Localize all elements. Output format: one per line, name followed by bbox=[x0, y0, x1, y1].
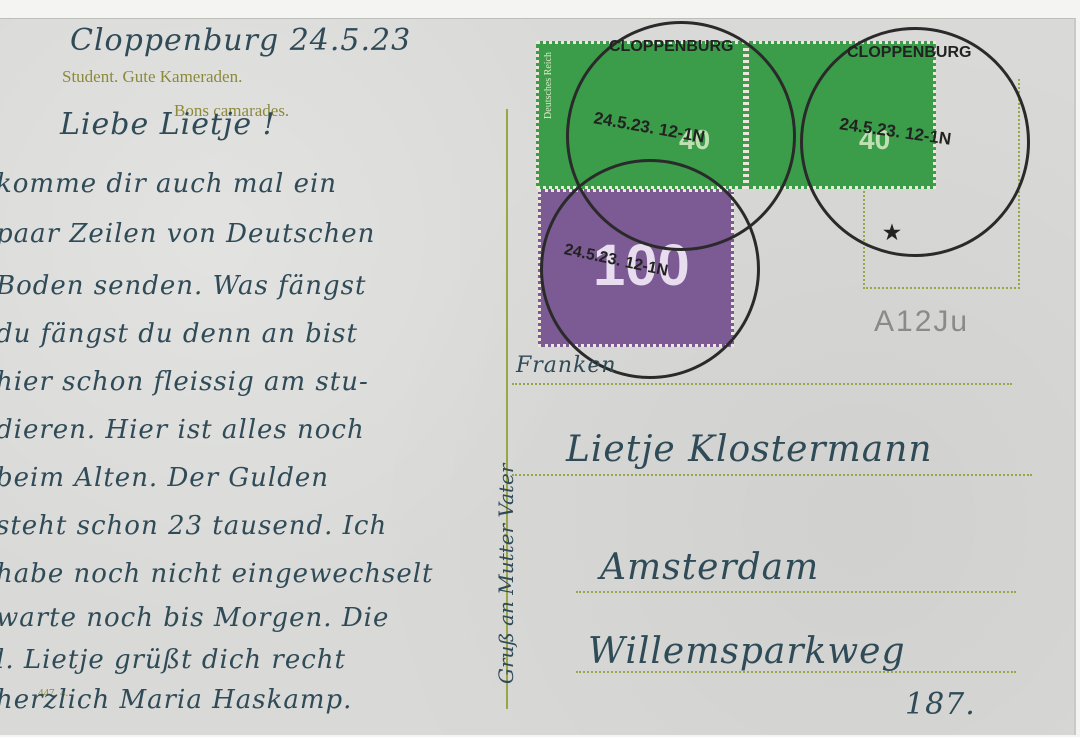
franking-note: Franken bbox=[516, 353, 617, 378]
printed-caption-german: Student. Gute Kameraden. bbox=[62, 67, 242, 87]
address-line-2 bbox=[512, 474, 1032, 476]
postmark-2: CLOPPENBURG 24.5.23. 12-1N ★ bbox=[800, 27, 1030, 257]
address-line-3 bbox=[576, 591, 1016, 593]
postmark-3: 24.5.23. 12-1N bbox=[540, 159, 760, 379]
message-line: herzlich Maria Haskamp. bbox=[0, 685, 352, 715]
address-city: Amsterdam bbox=[600, 547, 819, 588]
pencil-annotation: A12Ju bbox=[874, 305, 969, 339]
message-line: hier schon fleissig am stu- bbox=[0, 367, 369, 397]
margin-note: Gruß an Mutter Vater bbox=[494, 464, 518, 684]
message-line: paar Zeilen von Deutschen bbox=[0, 219, 375, 249]
message-line: dieren. Hier ist alles noch bbox=[0, 415, 365, 445]
postcard-back: Student. Gute Kameraden. Bons camarades.… bbox=[0, 18, 1076, 735]
message-line: du fängst du denn an bist bbox=[0, 319, 358, 349]
address-name: Lietje Klostermann bbox=[566, 429, 933, 470]
message-line: steht schon 23 tausend. Ich bbox=[0, 511, 387, 541]
message-line: habe noch nicht eingewechselt bbox=[0, 559, 434, 589]
message-greeting: Liebe Lietje ! bbox=[60, 107, 276, 142]
message-line: komme dir auch mal ein bbox=[0, 169, 337, 199]
address-number: 187. bbox=[905, 687, 976, 722]
address-line-4 bbox=[576, 671, 1016, 673]
message-line: l. Lietje grüßt dich recht bbox=[0, 645, 346, 675]
star-icon: ★ bbox=[883, 220, 901, 245]
message-line: Boden senden. Was fängst bbox=[0, 271, 366, 301]
message-header: Cloppenburg 24.5.23 bbox=[70, 23, 411, 58]
address-line-1 bbox=[512, 383, 1012, 385]
message-line: beim Alten. Der Gulden bbox=[0, 463, 329, 493]
address-street: Willemsparkweg bbox=[588, 631, 906, 672]
message-line: warte noch bis Morgen. Die bbox=[0, 603, 389, 633]
